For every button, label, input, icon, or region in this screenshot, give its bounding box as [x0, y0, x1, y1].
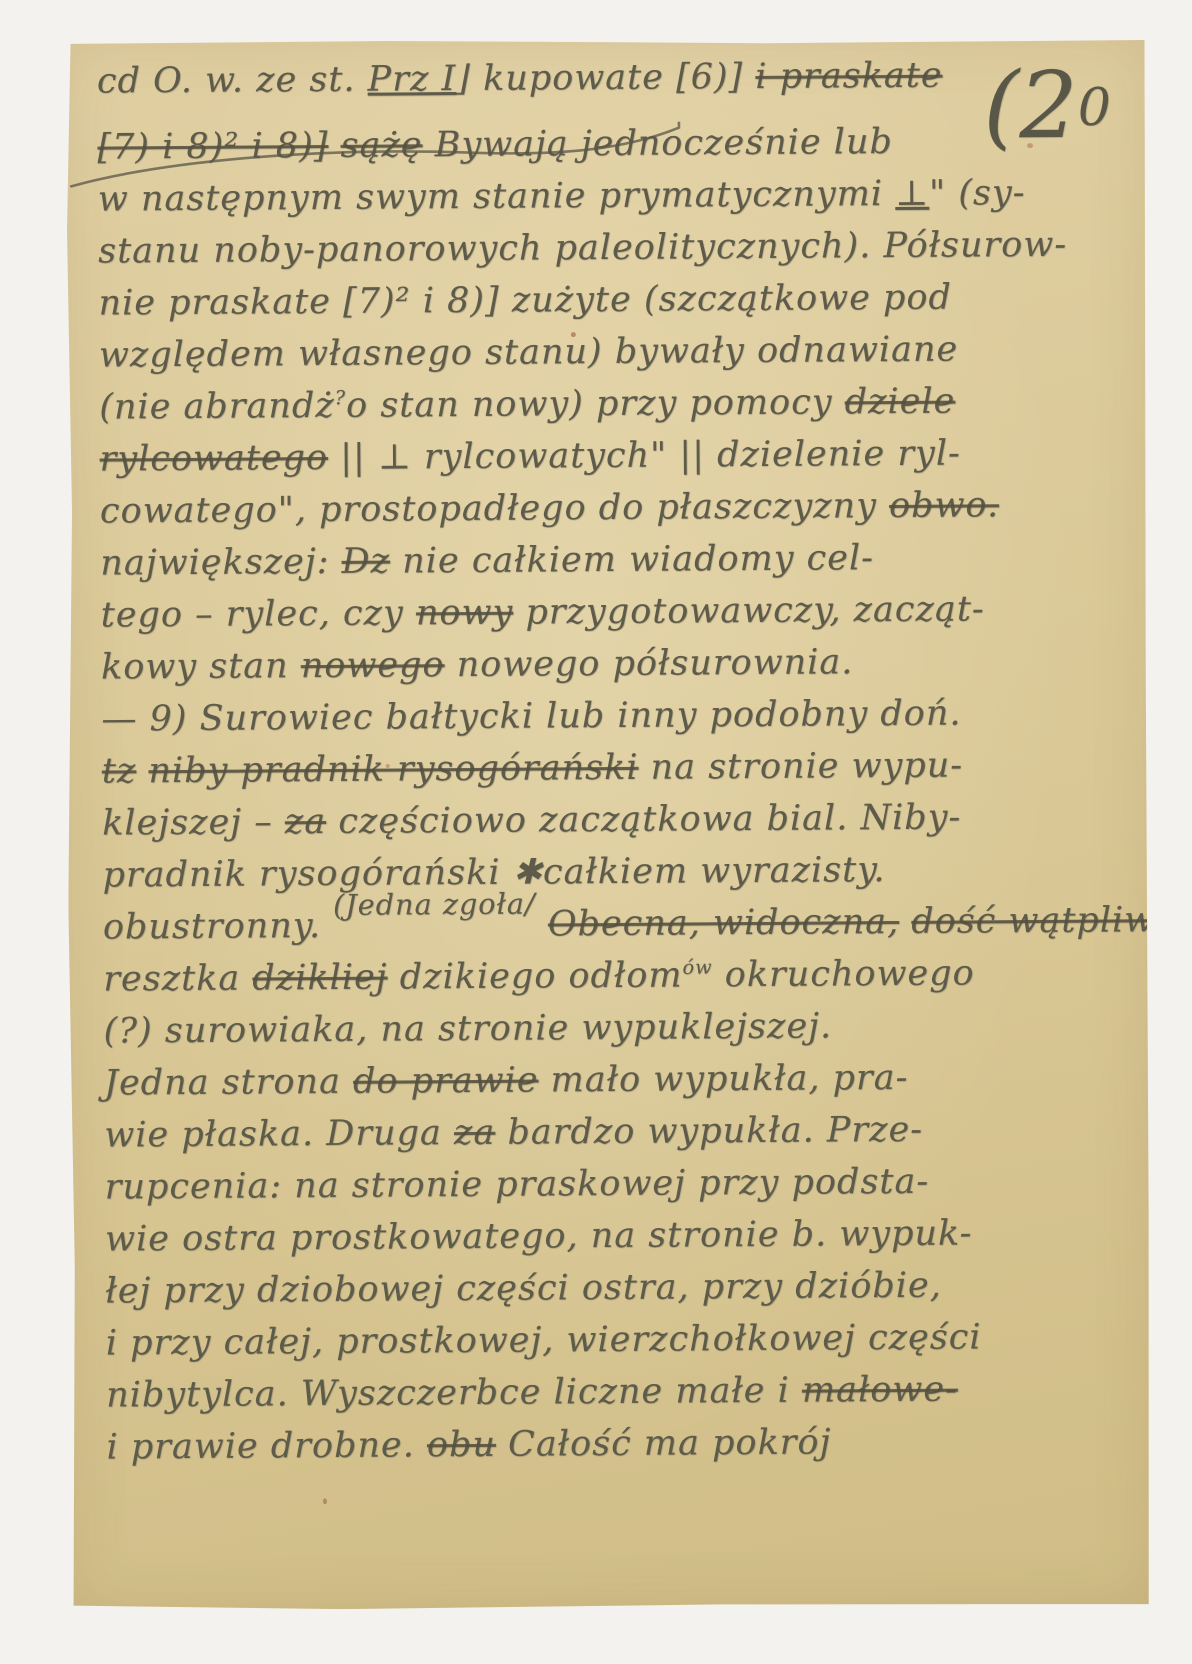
- handwriting-segment: i przy całej, prostkowej, wierzchołkowej…: [106, 1317, 982, 1363]
- manuscript-line: tz niby pradnik rysogórański na stronie …: [102, 738, 1126, 797]
- handwriting-segment: cd O. w. ze st.: [97, 60, 368, 102]
- handwriting-segment: częściowo zaczątkowa bial. Niby-: [326, 798, 961, 842]
- struck-text: nowego: [301, 645, 445, 686]
- manuscript-line: łej przy dziobowej części ostra, przy dz…: [105, 1258, 1129, 1317]
- paper-speck: [571, 332, 576, 337]
- handwriting-segment: o stan nowy) przy pomocy: [346, 382, 845, 425]
- manuscript-line: — 9) Surowiec bałtycki lub inny podobny …: [101, 686, 1125, 745]
- handwriting-segment: na stronie wypu-: [638, 746, 963, 788]
- handwriting-segment: Bywają jednocześnie lub: [422, 122, 893, 165]
- manuscript-line: największej: Dz nie całkiem wiadomy cel-: [100, 530, 1124, 589]
- handwriting-segment: wie płaska. Druga: [104, 1113, 454, 1155]
- manuscript-line: (nie abrandż?o stan nowy) przy pomocy dz…: [99, 374, 1123, 433]
- manuscript-line: obustronny. (Jedna zgoła/ Obecna, widocz…: [103, 894, 1127, 953]
- handwriting-segment: nibytylca. Wyszczerbce liczne małe i: [106, 1371, 802, 1416]
- struck-text: i praskate: [755, 56, 942, 97]
- handwriting-segment: względem własnego stanu) bywały odnawian…: [99, 330, 959, 376]
- handwriting-segment: nowego półsurownia.: [444, 642, 853, 685]
- handwriting-segment: łej przy dziobowej części ostra, przy dz…: [105, 1266, 942, 1312]
- struck-text: Dz: [341, 542, 390, 582]
- handwriting-segment: || ⊥ rylcowatych" || dzielenie ryl-: [328, 434, 961, 478]
- handwriting-segment: ⌋ kupowate [6)]: [456, 57, 755, 99]
- manuscript-line: pradnik rysogórański ✱całkiem wyrazisty.: [102, 842, 1126, 901]
- handwriting-segment: ⊥: [895, 174, 929, 214]
- struck-text: [7) i 8)² i 8)]: [97, 126, 328, 168]
- handwriting-segment: nie praskate [7)² i 8)] zużyte (szczątko…: [98, 278, 952, 324]
- handwriting-segment: (?) surowiaka, na stronie wypuklejszej.: [103, 1006, 832, 1051]
- handwriting-segment: rupcenia: na stronie praskowej przy pods…: [105, 1162, 930, 1208]
- manuscript-line: rylcowatego || ⊥ rylcowatych" || dzielen…: [99, 426, 1123, 485]
- handwriting-segment: okruchowego: [712, 953, 974, 995]
- struck-text: obwo.: [889, 485, 999, 526]
- struck-text: niby pradnik rysogórański: [148, 748, 638, 791]
- manuscript-line: cd O. w. ze st. Prz I⌋ kupowate [6)] i p…: [97, 48, 1121, 107]
- handwriting-segment: ów: [682, 956, 712, 979]
- manuscript-line: kowy stan nowego nowego półsurownia.: [101, 634, 1125, 693]
- paper-speck: [323, 1498, 327, 1504]
- scanned-document: (20 cd O. w. ze st. Prz I⌋ kupowate [6)]…: [0, 0, 1192, 1664]
- handwriting-segment: kowy stan: [101, 646, 301, 687]
- manuscript-line: nie praskate [7)² i 8)] zużyte (szczątko…: [98, 270, 1122, 329]
- handwriting-segment: — 9) Surowiec bałtycki lub inny podobny …: [101, 694, 961, 740]
- manuscript-page: (20 cd O. w. ze st. Prz I⌋ kupowate [6)]…: [65, 38, 1152, 1611]
- manuscript-line: i przy całej, prostkowej, wierzchołkowej…: [106, 1310, 1130, 1369]
- handwriting-segment: Prz I: [367, 59, 456, 100]
- struck-text: sążę: [340, 125, 422, 166]
- handwriting-segment: i prawie drobne.: [106, 1425, 427, 1467]
- manuscript-line: i prawie drobne. obu Całość ma pokrój: [106, 1414, 1130, 1473]
- inserted-text: (Jedna zgoła/: [333, 878, 536, 931]
- handwriting-segment: największej:: [100, 542, 341, 584]
- handwriting-segment: nie całkiem wiadomy cel-: [390, 538, 874, 581]
- handwriting-segment: dzikiego odłom: [387, 955, 682, 997]
- manuscript-line: [7) i 8)² i 8)] sążę Bywają jednocześnie…: [97, 114, 1121, 173]
- handwriting-segment: klejszej –: [102, 802, 285, 843]
- handwriting-segment: ?: [335, 386, 346, 409]
- handwriting-segment: [899, 902, 911, 942]
- manuscript-line: klejszej – za częściowo zaczątkowa bial.…: [102, 790, 1126, 849]
- handwriting-segment: cowatego", prostopadłego do płaszczyzny: [100, 486, 889, 532]
- manuscript-line: Jedna strona do prawie mało wypukła, pra…: [104, 1050, 1128, 1109]
- paper-speck: [1027, 143, 1033, 148]
- struck-text: nowy: [416, 593, 514, 634]
- struck-text: tz: [102, 751, 137, 791]
- paper-speck: [386, 764, 390, 768]
- handwriting-segment: przygotowawczy, zacząt-: [513, 589, 985, 632]
- manuscript-line: (?) surowiaka, na stronie wypuklejszej.: [103, 998, 1127, 1057]
- manuscript-line: stanu noby-panorowych paleolitycznych). …: [98, 218, 1122, 277]
- manuscript-line: w następnym swym stanie prymatycznymi ⊥"…: [98, 166, 1122, 225]
- handwriting-segment: [328, 126, 340, 166]
- handwriting-segment: w następnym swym stanie prymatycznymi: [98, 174, 896, 220]
- handwriting-segment: wie ostra prostkowatego, na stronie b. w…: [105, 1213, 973, 1259]
- manuscript-line: względem własnego stanu) bywały odnawian…: [99, 322, 1123, 381]
- manuscript-line: wie ostra prostkowatego, na stronie b. w…: [105, 1206, 1129, 1265]
- struck-text: dzikliej: [252, 958, 387, 999]
- handwriting-segment: " (sy-: [929, 173, 1026, 214]
- struck-text: obu: [427, 1425, 496, 1465]
- manuscript-line: wie płaska. Druga za bardzo wypukła. Prz…: [104, 1102, 1128, 1161]
- struck-text: małowe-: [802, 1370, 958, 1411]
- struck-text: Obecna, widoczna,: [548, 902, 900, 944]
- handwriting-segment: resztka: [103, 959, 252, 1000]
- handwriting-segment: mało wypukła, pra-: [538, 1058, 908, 1101]
- handwriting-segment: (nie abrandż: [99, 386, 335, 428]
- manuscript-line: tego – rylec, czy nowy przygotowawczy, z…: [101, 582, 1125, 641]
- handwritten-text: cd O. w. ze st. Prz I⌋ kupowate [6)] i p…: [97, 48, 1131, 1473]
- handwriting-segment: Całość ma pokrój: [496, 1422, 832, 1464]
- handwriting-segment: stanu noby-panorowych paleolitycznych). …: [98, 225, 1067, 272]
- manuscript-line: nibytylca. Wyszczerbce liczne małe i mał…: [106, 1362, 1130, 1421]
- struck-text: za: [285, 802, 327, 842]
- handwriting-segment: obustronny.: [103, 906, 334, 948]
- struck-text: rylcowatego: [99, 438, 328, 480]
- handwriting-segment: bardzo wypukła. Prze-: [495, 1110, 923, 1153]
- manuscript-line: resztka dzikliej dzikiego odłomów okruch…: [103, 946, 1127, 1005]
- handwriting-segment: [136, 751, 148, 791]
- struck-text: do prawie: [353, 1061, 539, 1102]
- handwriting-segment: [536, 904, 548, 944]
- handwriting-segment: tego – rylec, czy: [101, 593, 416, 635]
- manuscript-line: cowatego", prostopadłego do płaszczyzny …: [100, 478, 1124, 537]
- struck-text: dość wątpliwe: [911, 900, 1177, 942]
- manuscript-line: rupcenia: na stronie praskowej przy pods…: [105, 1154, 1129, 1213]
- struck-text: dziele: [844, 382, 955, 423]
- struck-text: za: [454, 1113, 496, 1153]
- handwriting-segment: Jedna strona: [104, 1062, 353, 1104]
